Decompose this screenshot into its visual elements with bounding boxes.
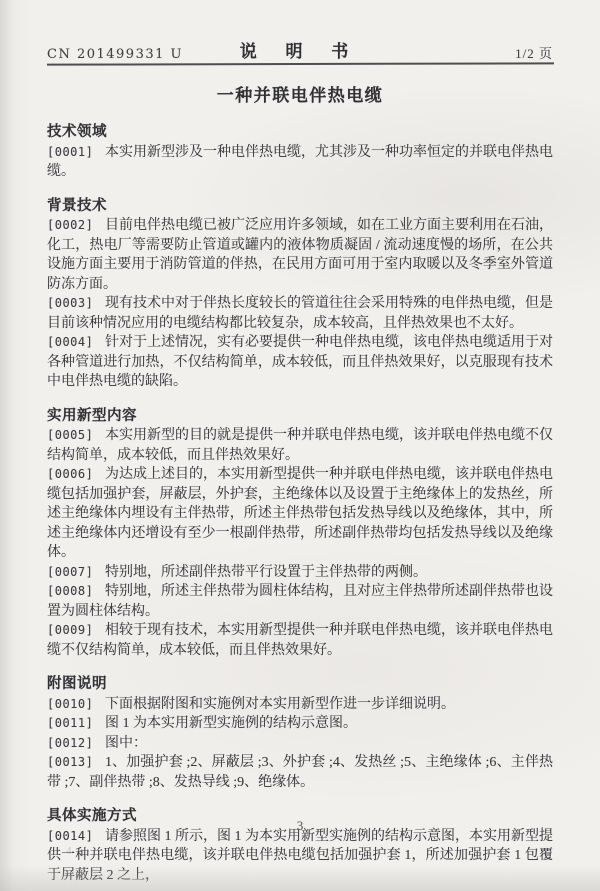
sections-container: 技术领域[0001]本实用新型涉及一种电伴热电缆，尤其涉及一种功率恒定的并联电伴…: [47, 123, 553, 885]
paragraph-number: [0013]: [47, 753, 105, 773]
paragraph-text: 现有技术中对于伴热长度较长的管道往往会采用特殊的电伴热电缆，但是目前该种情况应用…: [47, 296, 553, 331]
paragraph-number: [0006]: [47, 465, 105, 485]
patent-specification-page: CN 201499331 U 说 明 书 1/2 页 一种并联电伴热电缆 技术领…: [0, 0, 600, 891]
paragraph-number: [0008]: [47, 582, 105, 602]
paragraph-number: [0001]: [47, 143, 105, 163]
paragraph-number: [0002]: [47, 216, 105, 236]
paragraph: [0010]下面根据附图和实施例对本实用新型作进一步详细说明。: [47, 695, 553, 715]
paragraph-number: [0007]: [47, 563, 105, 583]
paragraph-number: [0012]: [47, 734, 105, 754]
page-number: 3: [0, 818, 600, 834]
paragraph: [0004]针对于上述情况，实有必要提供一种电伴热电缆，该电伴热电缆适用于对各种…: [47, 333, 553, 392]
paragraph-text: 目前电伴热电缆已被广泛应用许多领域，如在工业方面主要利用在石油，化工，热电厂等需…: [47, 218, 553, 292]
section: 背景技术[0002]目前电伴热电缆已被广泛应用许多领域，如在工业方面主要利用在石…: [47, 197, 553, 392]
paragraph: [0002]目前电伴热电缆已被广泛应用许多领域，如在工业方面主要利用在石油，化工…: [47, 216, 553, 294]
paragraph-text: 本实用新型涉及一种电伴热电缆，尤其涉及一种功率恒定的并联电伴热电缆。: [47, 145, 553, 180]
paragraph: [0006]为达成上述目的，本实用新型提供一种并联电伴热电缆，该并联电伴热电缆包…: [47, 465, 553, 563]
paragraph: [0005]本实用新型的目的就是提供一种并联电伴热电缆，该并联电伴热电缆不仅结构…: [47, 426, 553, 465]
document-body: 一种并联电伴热电缆 技术领域[0001]本实用新型涉及一种电伴热电缆，尤其涉及一…: [47, 84, 553, 885]
paragraph: [0012]图中：: [47, 734, 553, 754]
paragraph: [0013]1、加强护套 ;2、屏蔽层 ;3、外护套 ;4、发热丝 ;5、主绝缘…: [47, 753, 553, 792]
paragraph-number: [0004]: [47, 333, 105, 353]
header-rule: [47, 62, 554, 65]
paragraph: [0001]本实用新型涉及一种电伴热电缆，尤其涉及一种功率恒定的并联电伴热电缆。: [47, 143, 553, 182]
paragraph-text: 针对于上述情况，实有必要提供一种电伴热电缆，该电伴热电缆适用于对各种管道进行加热…: [47, 335, 553, 389]
section: 技术领域[0001]本实用新型涉及一种电伴热电缆，尤其涉及一种功率恒定的并联电伴…: [47, 123, 553, 182]
faint-bleed-mark: 4: [66, 845, 72, 857]
paragraph-text: 相较于现有技术，本实用新型提供一种并联电伴热电缆，该并联电伴热电缆不仅结构简单，…: [47, 623, 553, 658]
paragraph-number: [0009]: [47, 621, 105, 641]
paragraph: [0009]相较于现有技术，本实用新型提供一种并联电伴热电缆，该并联电伴热电缆不…: [47, 621, 553, 660]
paragraph: [0008]特别地，所述主伴热带为圆柱体结构，且对应主伴热带所述副伴热带也设置为…: [47, 582, 553, 621]
paragraph: [0003]现有技术中对于伴热长度较长的管道往往会采用特殊的电伴热电缆，但是目前…: [47, 294, 553, 333]
invention-title: 一种并联电伴热电缆: [47, 84, 553, 108]
paragraph-number: [0003]: [47, 294, 105, 314]
paragraph: [0011]图 1 为本实用新型实施例的结构示意图。: [47, 714, 553, 734]
section-heading: 背景技术: [47, 197, 553, 217]
paragraph-text: 1、加强护套 ;2、屏蔽层 ;3、外护套 ;4、发热丝 ;5、主绝缘体 ;6、主…: [47, 755, 553, 790]
paragraph-number: [0010]: [47, 695, 105, 715]
paragraph-text: 本实用新型的目的就是提供一种并联电伴热电缆，该并联电伴热电缆不仅结构简单，成本较…: [47, 428, 553, 463]
section: 实用新型内容[0005]本实用新型的目的就是提供一种并联电伴热电缆，该并联电伴热…: [47, 407, 553, 661]
section-heading: 附图说明: [47, 675, 553, 695]
paragraph-text: 图中：: [105, 736, 147, 751]
paragraph-text: 请参照图 1 所示，图 1 为本实用新型实施例的结构示意图，本实用新型提供一种并…: [47, 829, 553, 883]
paragraph-text: 图 1 为本实用新型实施例的结构示意图。: [105, 716, 357, 731]
paragraph: [0014]请参照图 1 所示，图 1 为本实用新型实施例的结构示意图，本实用新…: [47, 827, 553, 886]
paragraph-text: 为达成上述目的，本实用新型提供一种并联电伴热电缆，该并联电伴热电缆包括加强护套，…: [47, 467, 553, 560]
section: 附图说明[0010]下面根据附图和实施例对本实用新型作进一步详细说明。[0011…: [47, 675, 553, 792]
paragraph: [0007]特别地，所述副伴热带平行设置于主伴热带的两侧。: [47, 563, 553, 583]
paragraph-number: [0005]: [47, 426, 105, 446]
paragraph-text: 下面根据附图和实施例对本实用新型作进一步详细说明。: [105, 697, 455, 712]
paragraph-text: 特别地，所述主伴热带为圆柱体结构，且对应主伴热带所述副伴热带也设置为圆柱体结构。: [47, 584, 553, 619]
section-heading: 技术领域: [47, 123, 553, 143]
paragraph-text: 特别地，所述副伴热带平行设置于主伴热带的两侧。: [105, 565, 427, 580]
paragraph-number: [0011]: [47, 714, 105, 734]
page-header: CN 201499331 U 说 明 书 1/2 页: [47, 42, 553, 62]
section-heading: 实用新型内容: [47, 407, 553, 427]
document-type-title: 说 明 书: [47, 37, 553, 62]
